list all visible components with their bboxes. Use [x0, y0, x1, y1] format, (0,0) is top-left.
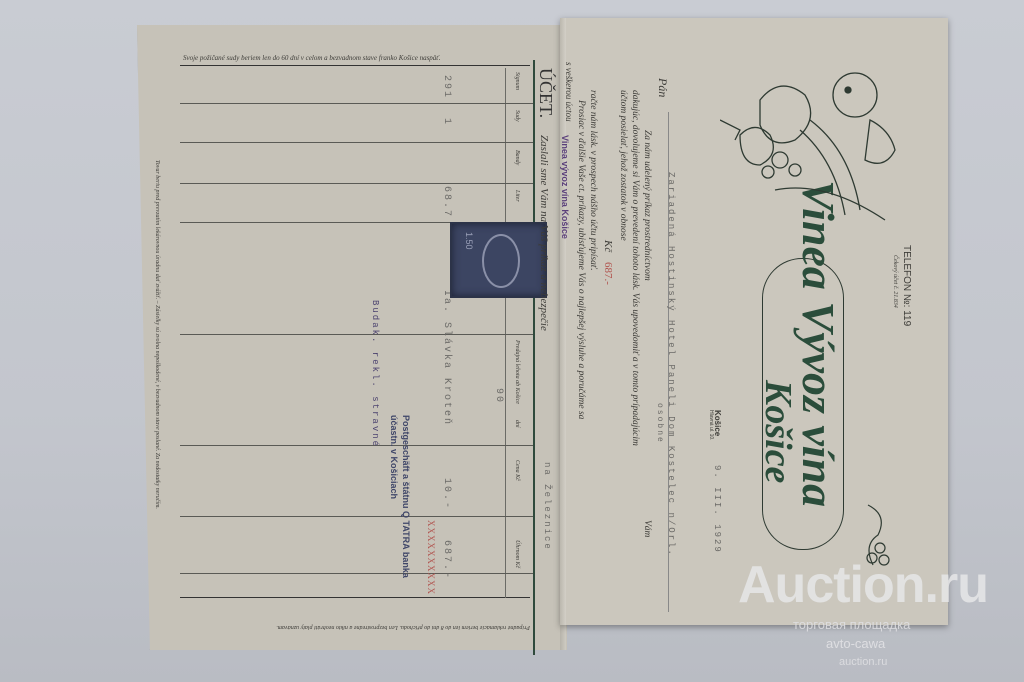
row-divider: [180, 334, 533, 335]
row-divider: [180, 573, 533, 574]
letter-paragraph-1: Za nám udelený príkaz prostredníctvom: [642, 130, 652, 281]
watermark-subtitle: торговая площадка: [793, 617, 910, 632]
address-city: Košice: [713, 410, 722, 436]
col-bandy: Bandy: [514, 150, 520, 165]
phone-label: TELEFON №:: [901, 245, 912, 307]
col-signum: Signum: [514, 72, 520, 90]
letter-paragraph-3: účtom posielať, jehož zostatok v obnose: [618, 90, 628, 241]
invoice-heading: ÚČET.: [535, 68, 556, 118]
goods-weighing-note: Tovar beriu pred prevzatím lekárovnou úr…: [154, 160, 160, 509]
col-days: dní: [514, 420, 520, 428]
col-sudy: Sudy: [514, 110, 520, 122]
recipient: Zariadená Hostinský Hotel Paneli Dom Kos…: [666, 172, 676, 557]
cell-total: 687.-: [441, 540, 452, 580]
col-payment-term: Predajná lehota ab Košice: [514, 340, 520, 404]
handwritten-note: Budak. rekl. stravné: [370, 300, 380, 448]
cell-price: 10.-: [441, 478, 452, 510]
watermark-seller: avto-cawa: [826, 636, 885, 651]
cell-sudy: 1: [441, 118, 452, 126]
col-total: Úhrnom Kč: [514, 540, 520, 568]
bank-stamp: Postgeschäft a štátnu Q TATRA banka účas…: [388, 415, 412, 595]
letter-date: 9. III. 1929: [712, 465, 722, 554]
letter-paragraph-4: račte nám lásk. v prospech nášho účtu pr…: [588, 90, 598, 271]
watermark-brand: Auction.ru: [738, 555, 988, 615]
letter-paragraph-5: Prosiac v ďalšie Vaše ct. príkazy, ubisť…: [576, 100, 586, 419]
col-price: Cena Kč: [514, 460, 520, 481]
header-rule: [180, 65, 530, 66]
barrel-return-note: Svoje požičané sudy beriem len do 60 dní…: [183, 54, 441, 62]
phone-number: 119: [901, 310, 912, 326]
row-divider: [180, 183, 533, 184]
row-divider: [180, 142, 533, 143]
complaints-note: Prípadné reklamácie beriem len do 8 dní …: [276, 624, 530, 630]
column-header-divider: [505, 68, 506, 598]
destination: na Železnice: [542, 462, 552, 551]
cell-description: Ia. Slávka Kroteň: [441, 290, 452, 426]
row-divider: [180, 445, 533, 446]
revenue-stamp: 1.50: [450, 222, 547, 298]
with-regards: s veškerou úctou: [564, 62, 574, 122]
row-divider: [180, 516, 533, 517]
salutation: Pán: [655, 78, 670, 97]
cell-liter: 68.7: [441, 186, 452, 218]
amount-value: 687.-: [602, 262, 614, 285]
payment-days-value: 90: [493, 388, 504, 404]
company-city: Košice: [756, 380, 800, 483]
col-liter: Liter: [514, 190, 520, 202]
company-stamp: Vinea vývoz vína Košice: [560, 135, 570, 239]
telephone-label: TELEFON №: 119: [901, 245, 912, 326]
invoice-intro: Zaslali sme Vám na Váš príkaz a nebezpeč…: [538, 135, 550, 331]
invoice-sheet: [137, 25, 567, 650]
stamp-emblem-icon: [482, 234, 520, 288]
letter-paragraph-2: dakujúc, dovolujeme si Vám o prevedení t…: [630, 90, 640, 446]
closing-word: Vám: [642, 520, 652, 537]
crossed-marks: XXXXXXXXXX: [426, 520, 436, 595]
row-divider: [180, 103, 533, 104]
check-account: Čekový účet č. 21.834: [892, 255, 898, 308]
amount-label: Kč: [602, 240, 614, 252]
floral-cherub-illustration-icon: [720, 60, 920, 230]
cell-signum: 291: [441, 75, 452, 99]
stamp-value: 1.50: [464, 232, 474, 250]
watermark-site: auction.ru: [839, 656, 887, 668]
address-street: Hlavná ul. 10.: [708, 410, 714, 441]
invoice-border: [533, 60, 535, 655]
footer-rule: [180, 597, 530, 598]
recipient-note: osobne: [655, 403, 664, 444]
